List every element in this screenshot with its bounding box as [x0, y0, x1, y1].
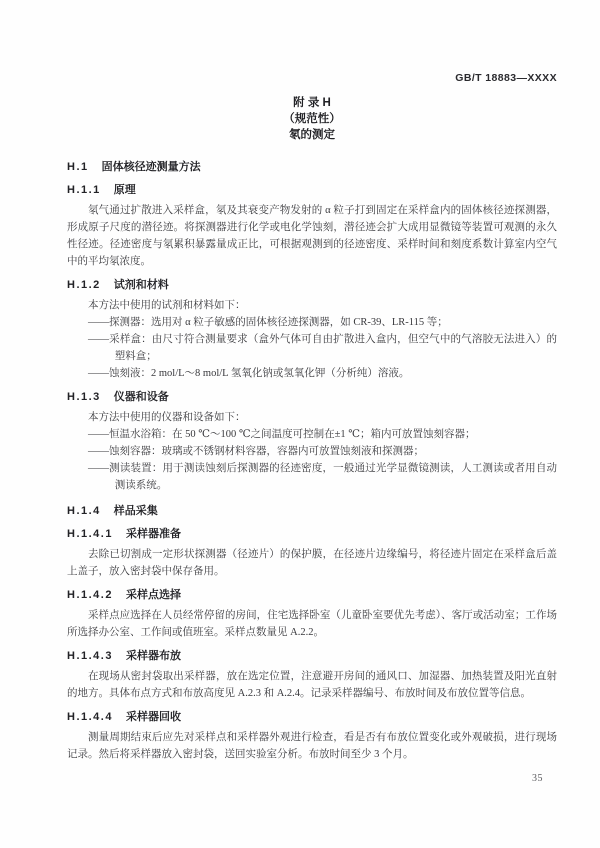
list-item: ——蚀刻液：2 mol/L～8 mol/L 氢氧化钠或氢氧化钾（分析纯）溶液。	[88, 365, 557, 382]
section-number: H.1.4.2	[67, 589, 113, 601]
list-item: ——测读装置：用于测读蚀刻后探测器的径迹密度，一般通过光学显微镜测读，人工测读或…	[88, 460, 557, 494]
section-number: H.1	[67, 161, 89, 173]
list-item: ——探测器：选用对 α 粒子敏感的固体核径迹探测器，如 CR-39、LR-115…	[88, 314, 557, 331]
section-heading-h11: H.1.1原理	[67, 183, 557, 198]
section-title: 采样点选择	[126, 589, 181, 601]
section-heading-h14: H.1.4样品采集	[67, 504, 557, 519]
list-item: ——恒温水浴箱：在 50 ℃～100 ℃之间温度可控制在±1 ℃；箱内可放置蚀刻…	[88, 426, 557, 443]
section-title: 原理	[114, 184, 136, 196]
section-number: H.1.2	[67, 279, 101, 291]
section-title: 样品采集	[114, 505, 158, 517]
section-number: H.1.1	[67, 184, 101, 196]
section-heading-h13: H.1.3仪器和设备	[67, 390, 557, 405]
appendix-normative-label: （规范性）	[67, 111, 557, 127]
section-heading-h141: H.1.4.1采样器准备	[67, 527, 557, 542]
section-title: 采样器回收	[126, 711, 181, 723]
paragraph-sampler-recovery: 测量周期结束后应先对采样点和采样器外观进行检查，看是否有布放位置变化或外观破损，…	[67, 729, 557, 763]
paragraph-principle: 氡气通过扩散进入采样盒，氡及其衰变产物发射的 α 粒子打到固定在采样盒内的固体核…	[67, 202, 557, 270]
paragraph-sampler-preparation: 去除已切割成一定形状探测器（径迹片）的保护膜，在径迹片边缘编号，将径迹片固定在采…	[67, 546, 557, 580]
section-number: H.1.4.4	[67, 711, 113, 723]
document-page: GB/T 18883—XXXX 附 录 H （规范性） 氡的测定 H.1固体核径…	[0, 0, 600, 848]
section-title: 固体核径迹测量方法	[102, 161, 201, 173]
paragraph-sampling-point-selection: 采样点应选择在人员经常停留的房间，住宅选择卧室（儿童卧室要优先考虑）、客厅或活动…	[67, 607, 557, 641]
appendix-subject: 氡的测定	[67, 127, 557, 143]
section-heading-h12: H.1.2试剂和材料	[67, 278, 557, 293]
section-title: 试剂和材料	[114, 279, 169, 291]
paragraph-sampler-placement: 在现场从密封袋取出采样器，放在选定位置，注意避开房间的通风口、加湿器、加热装置及…	[67, 668, 557, 702]
appendix-heading: 附 录 H	[67, 95, 557, 111]
section-title: 采样器布放	[126, 650, 181, 662]
section-number: H.1.3	[67, 391, 101, 403]
section-heading-h144: H.1.4.4采样器回收	[67, 710, 557, 725]
appendix-title-block: 附 录 H （规范性） 氡的测定	[67, 95, 557, 143]
section-heading-h142: H.1.4.2采样点选择	[67, 588, 557, 603]
standard-number: GB/T 18883—XXXX	[67, 70, 557, 87]
lead-instruments: 本方法中使用的仪器和设备如下：	[67, 409, 557, 426]
section-number: H.1.4.3	[67, 650, 113, 662]
page-number: 35	[67, 770, 557, 787]
section-number: H.1.4.1	[67, 528, 113, 540]
list-item: ——蚀刻容器：玻璃或不锈钢材料容器，容器内可放置蚀刻液和探测器；	[88, 443, 557, 460]
list-item: ——采样盒：由尺寸符合测量要求（盒外气体可自由扩散进入盒内，但空气中的气溶胶无法…	[88, 331, 557, 365]
section-heading-h1: H.1固体核径迹测量方法	[67, 160, 557, 175]
section-number: H.1.4	[67, 505, 101, 517]
section-title: 仪器和设备	[114, 391, 169, 403]
lead-reagents: 本方法中使用的试剂和材料如下：	[67, 297, 557, 314]
section-title: 采样器准备	[126, 528, 181, 540]
section-heading-h143: H.1.4.3采样器布放	[67, 649, 557, 664]
